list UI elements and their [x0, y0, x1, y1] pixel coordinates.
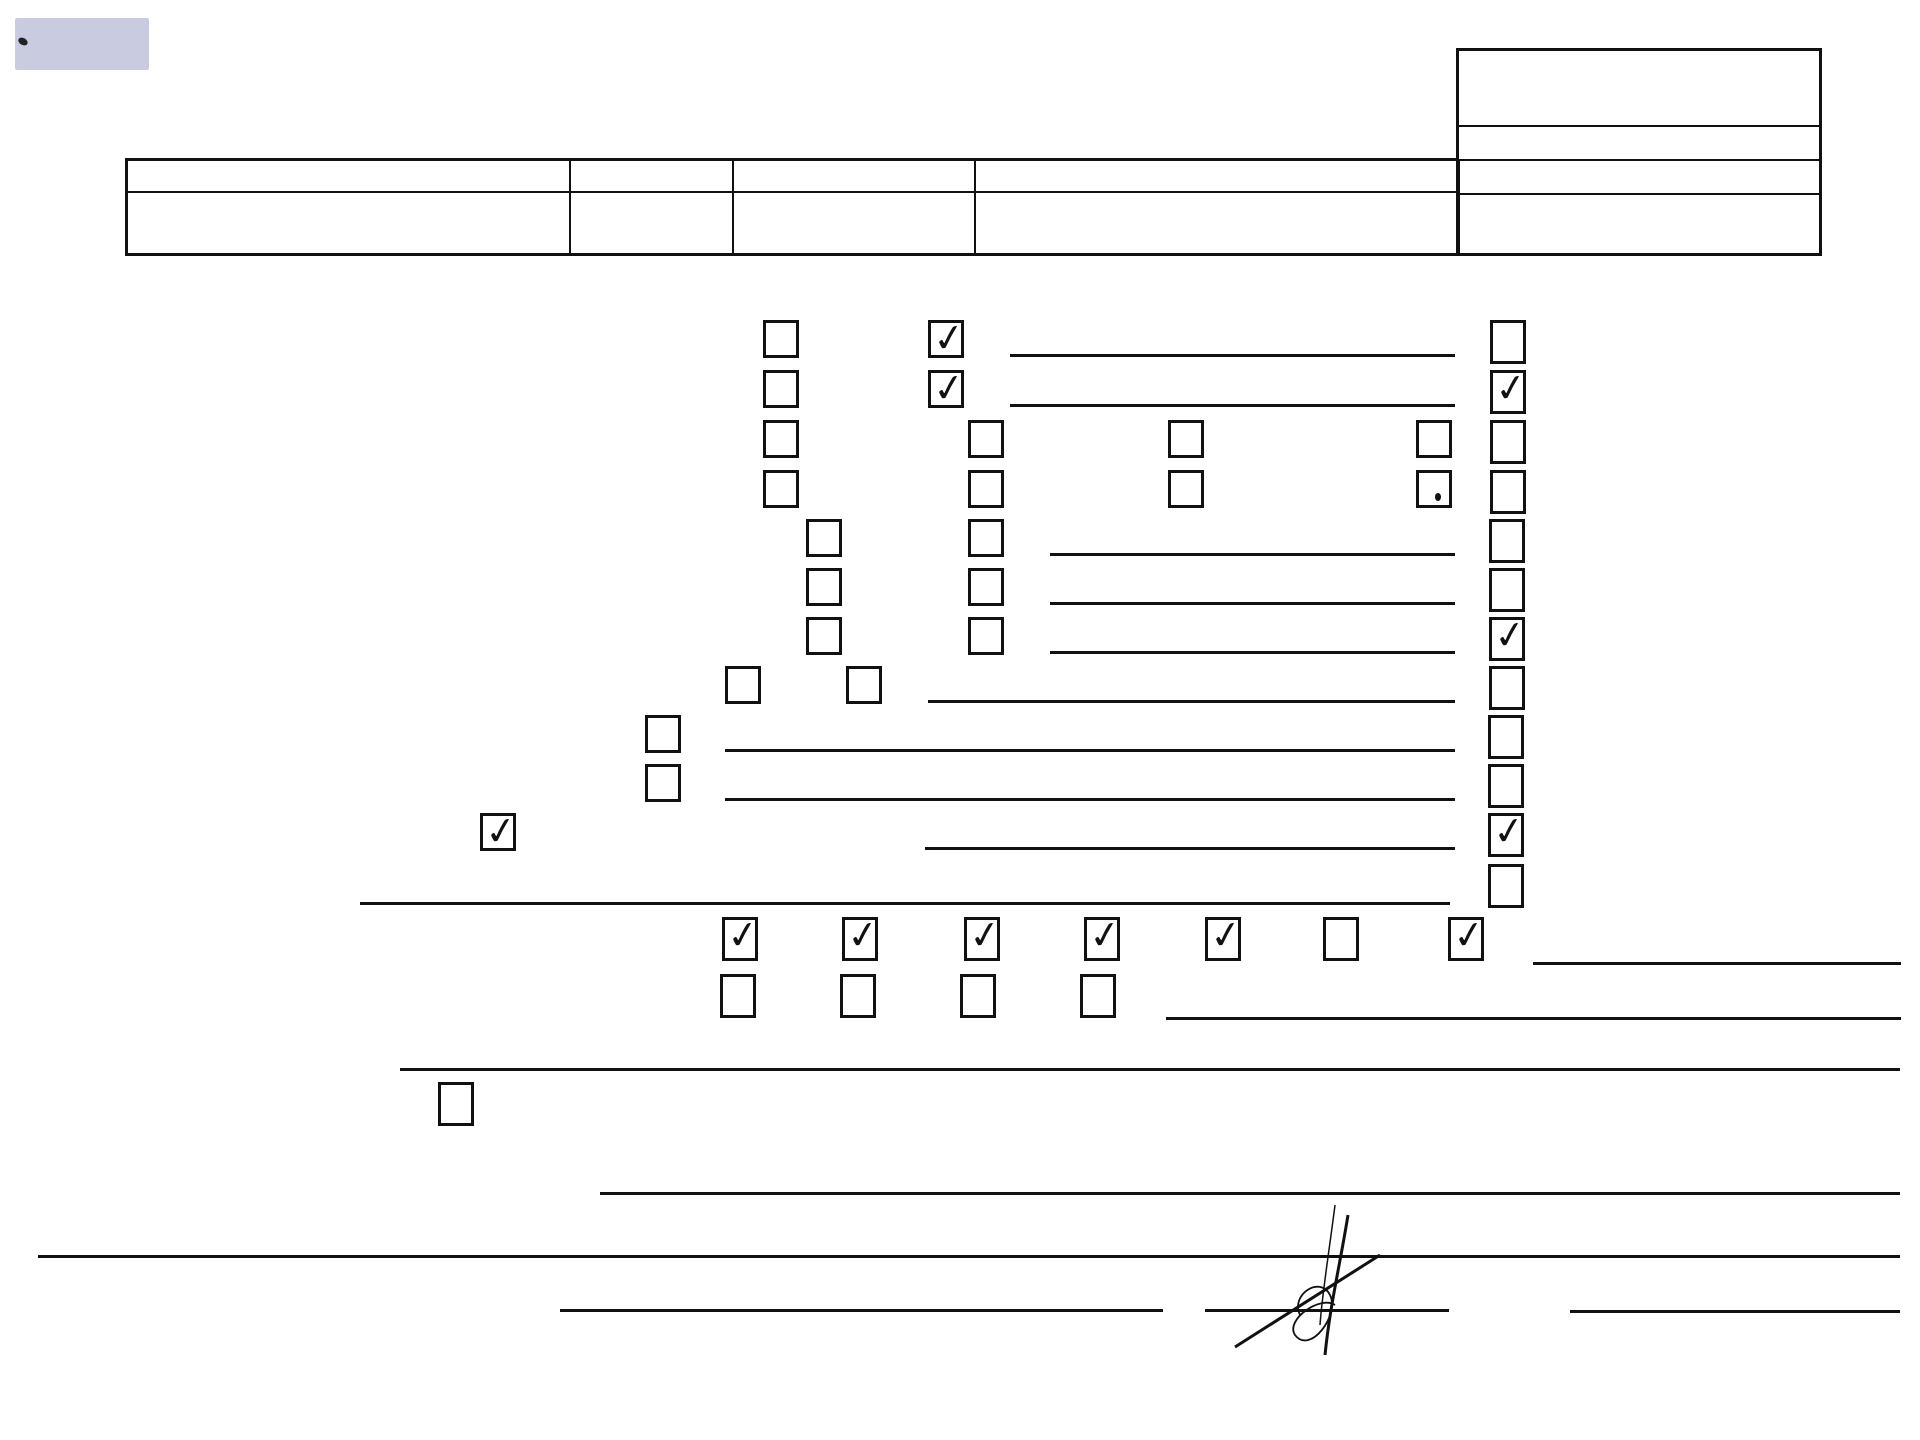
option-checkbox[interactable]: [1416, 420, 1452, 458]
checklist-item-label: [90, 621, 99, 650]
column-header: [734, 161, 974, 193]
checkmark-icon: ✓: [1491, 810, 1528, 852]
completeness-checkbox[interactable]: [1490, 420, 1526, 464]
logo-badge: [15, 18, 149, 70]
option-checkbox[interactable]: [763, 470, 799, 508]
completeness-checkbox[interactable]: [1488, 764, 1524, 808]
checkmark-icon: ✓: [483, 810, 520, 852]
checklist-item-label: [90, 719, 99, 748]
volume-value[interactable]: [734, 193, 974, 253]
checklist-item-label: [90, 324, 99, 353]
gear-checkbox[interactable]: ✓: [842, 917, 878, 961]
note-input[interactable]: [1010, 404, 1455, 407]
option-checkbox[interactable]: [645, 764, 681, 802]
option-checkbox[interactable]: [1416, 470, 1452, 508]
vehicle-id-box: [1456, 48, 1822, 256]
checkmark-icon: ✓: [1492, 614, 1529, 656]
completeness-checkbox[interactable]: [1489, 568, 1525, 612]
checkmark-icon: ✓: [1451, 914, 1488, 956]
odometer-cell[interactable]: [1459, 195, 1819, 253]
option-checkbox[interactable]: ✓: [928, 320, 964, 358]
fio-input[interactable]: [560, 1309, 1163, 1312]
option-checkbox[interactable]: [968, 470, 1004, 508]
option-checkbox[interactable]: [1168, 420, 1204, 458]
checklist-item-label: [90, 474, 99, 503]
checklist-item-label: [90, 424, 99, 453]
gear-checkbox[interactable]: ✓: [1084, 917, 1120, 961]
checkmark-icon: ✓: [1493, 367, 1530, 409]
akpp-option-checkbox[interactable]: [438, 1082, 474, 1126]
signature-icon: [1230, 1205, 1430, 1365]
mode-checkbox[interactable]: [1080, 974, 1116, 1018]
note-input[interactable]: [725, 798, 1455, 801]
column-header: [976, 161, 1458, 193]
volume-column: [734, 161, 976, 253]
mode-checkbox[interactable]: [840, 974, 876, 1018]
note-input[interactable]: [1050, 553, 1455, 556]
option-checkbox[interactable]: [763, 320, 799, 358]
checkmark-icon: ✓: [967, 914, 1004, 956]
checkmark-icon: ✓: [931, 317, 968, 359]
option-checkbox[interactable]: [806, 568, 842, 606]
note-input[interactable]: [725, 749, 1455, 752]
vehicle-table: [125, 158, 1458, 256]
note-input[interactable]: [1050, 602, 1455, 605]
gear-checkbox[interactable]: ✓: [964, 917, 1000, 961]
option-checkbox[interactable]: [968, 568, 1004, 606]
option-checkbox[interactable]: [725, 666, 761, 704]
column-header: [128, 161, 569, 193]
auto-gearbox-note-line: [1166, 1017, 1901, 1020]
checklist-item-label: [86, 817, 95, 846]
odometer-label: [1459, 161, 1819, 195]
engine-number-column: [976, 161, 1460, 253]
completeness-checkbox[interactable]: ✓: [1488, 813, 1524, 857]
checklist-item-label: [90, 670, 99, 699]
option-checkbox[interactable]: [645, 715, 681, 753]
option-checkbox[interactable]: [1168, 470, 1204, 508]
option-checkbox[interactable]: [763, 420, 799, 458]
make-model-value[interactable]: [128, 193, 569, 253]
mode-checkbox[interactable]: [720, 974, 756, 1018]
option-checkbox[interactable]: [806, 519, 842, 557]
divider: [38, 1255, 1900, 1258]
mkpp-remarks-input[interactable]: [400, 1068, 1900, 1071]
note-input[interactable]: [1050, 651, 1455, 654]
column-header: [571, 161, 732, 193]
completeness-checkbox[interactable]: [1488, 715, 1524, 759]
auto-number-cell[interactable]: [1459, 51, 1819, 127]
option-checkbox[interactable]: [846, 666, 882, 704]
option-checkbox[interactable]: ✓: [928, 370, 964, 408]
completeness-checkbox[interactable]: [1490, 320, 1526, 364]
year-value[interactable]: [571, 193, 732, 253]
engine-remarks-line: [360, 902, 1450, 905]
date-input[interactable]: [1570, 1310, 1900, 1313]
removed-input[interactable]: [600, 1192, 1900, 1195]
manual-gearbox-note-line: [1533, 962, 1901, 965]
completeness-checkbox[interactable]: [1488, 864, 1524, 908]
year-column: [571, 161, 734, 253]
checkmark-icon: ✓: [1208, 914, 1245, 956]
checklist-item-label: [86, 768, 95, 797]
engine-number-value[interactable]: [976, 193, 1458, 253]
checkmark-icon: ✓: [931, 367, 968, 409]
gear-checkbox[interactable]: [1323, 917, 1359, 961]
note-input[interactable]: [928, 700, 1455, 703]
option-checkbox[interactable]: [968, 420, 1004, 458]
completeness-checkbox[interactable]: ✓: [1489, 617, 1525, 661]
gear-checkbox[interactable]: ✓: [1205, 917, 1241, 961]
completeness-checkbox[interactable]: [1489, 519, 1525, 563]
option-checkbox[interactable]: [968, 617, 1004, 655]
option-checkbox[interactable]: [968, 519, 1004, 557]
option-checkbox[interactable]: ✓: [480, 813, 516, 851]
auto-number-label: [1459, 127, 1819, 161]
completeness-checkbox[interactable]: [1490, 470, 1526, 514]
checklist-item-label: [90, 572, 99, 601]
option-checkbox[interactable]: [763, 370, 799, 408]
note-input[interactable]: [925, 847, 1455, 850]
checklist-item-label: [90, 374, 99, 403]
gear-checkbox[interactable]: ✓: [1448, 917, 1484, 961]
mode-checkbox[interactable]: [960, 974, 996, 1018]
gear-checkbox[interactable]: ✓: [722, 917, 758, 961]
make-model-column: [128, 161, 571, 253]
checkmark-icon: ✓: [1087, 914, 1124, 956]
pen-mark-icon: [1435, 493, 1441, 501]
completeness-checkbox[interactable]: ✓: [1490, 370, 1526, 414]
completeness-checkbox[interactable]: [1489, 666, 1525, 710]
option-checkbox[interactable]: [806, 617, 842, 655]
checkmark-icon: ✓: [725, 914, 762, 956]
checkmark-icon: ✓: [845, 914, 882, 956]
note-input[interactable]: [1010, 354, 1455, 357]
checklist-item-label: [90, 523, 99, 552]
